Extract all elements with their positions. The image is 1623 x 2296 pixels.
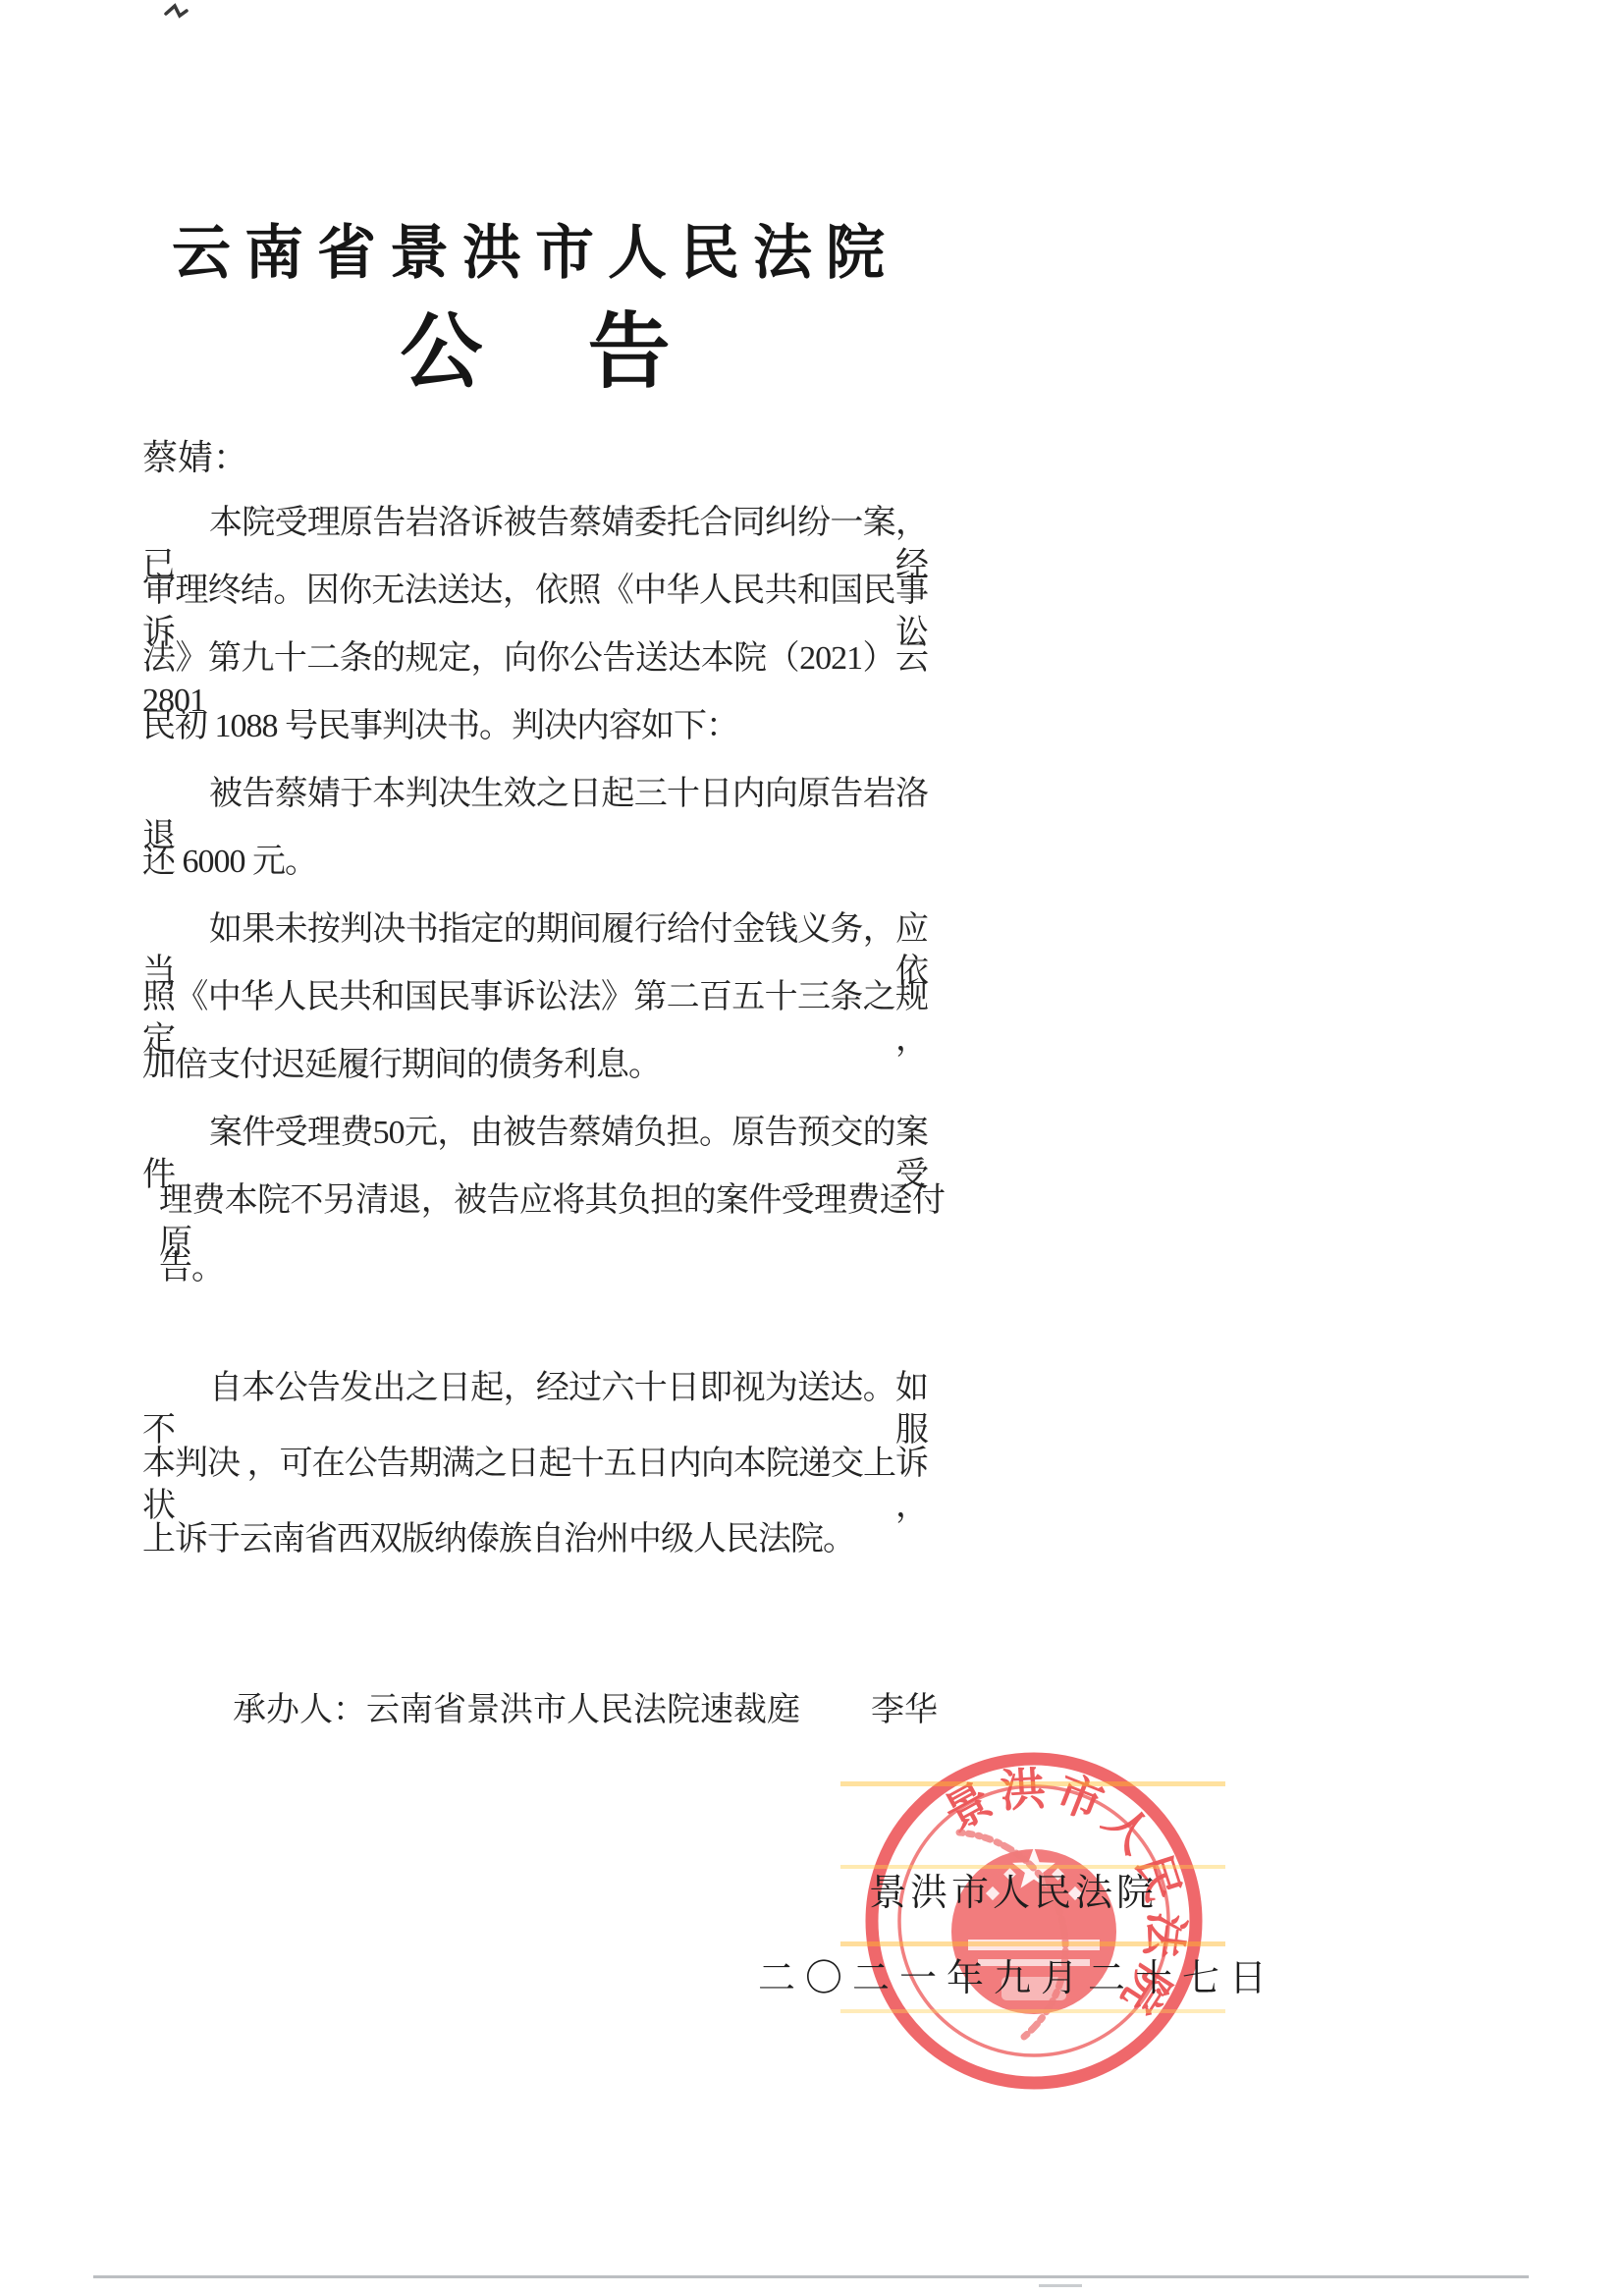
scan-edge-line xyxy=(93,2275,1529,2278)
body-line: 本判决 ，可在公告期满之日起十五日内向本院递交上诉状， xyxy=(142,1444,928,1527)
notice-title: 公 告 xyxy=(142,286,928,405)
court-seal: 景洪市人民法院 xyxy=(858,1745,1210,2097)
scan-edge-tick xyxy=(1039,2284,1082,2287)
court-notice-document: 云南省景洪市人民法院 公 告 蔡婧： 本院受理原告岩洛诉被告蔡婧委托合同纠纷一案… xyxy=(0,0,1623,2296)
court-seal-graphic: 景洪市人民法院 xyxy=(858,1745,1210,2097)
organizer-label: 承办人：云南省景洪市人民法院速裁庭 xyxy=(233,1692,800,1728)
body-line: 自本公告发出之日起，经过六十日即视为送达。如不服 xyxy=(142,1368,928,1451)
body-line: 民初 1088 号民事判决书。判决内容如下： xyxy=(142,706,928,748)
issuing-court-name: 景洪市人民法院 xyxy=(869,1862,1158,1916)
body-line: 还 6000 元。 xyxy=(142,842,928,884)
body-line: 上诉于云南省西双版纳傣族自治州中级人民法院。 xyxy=(142,1519,928,1561)
body-line: 告。 xyxy=(159,1248,945,1290)
addressee: 蔡婧： xyxy=(142,430,248,480)
scan-artifact-top xyxy=(163,2,196,22)
page-title: 云南省景洪市人民法院 xyxy=(142,206,928,291)
body-line: 加倍支付迟延履行期间的债务利息。 xyxy=(142,1045,928,1087)
issue-date: 二〇二一年九月二十七日 xyxy=(758,1947,1276,2001)
organizer-line: 承办人：云南省景洪市人民法院速裁庭李华 xyxy=(142,1682,1313,1730)
organizer-name: 李华 xyxy=(871,1692,938,1728)
